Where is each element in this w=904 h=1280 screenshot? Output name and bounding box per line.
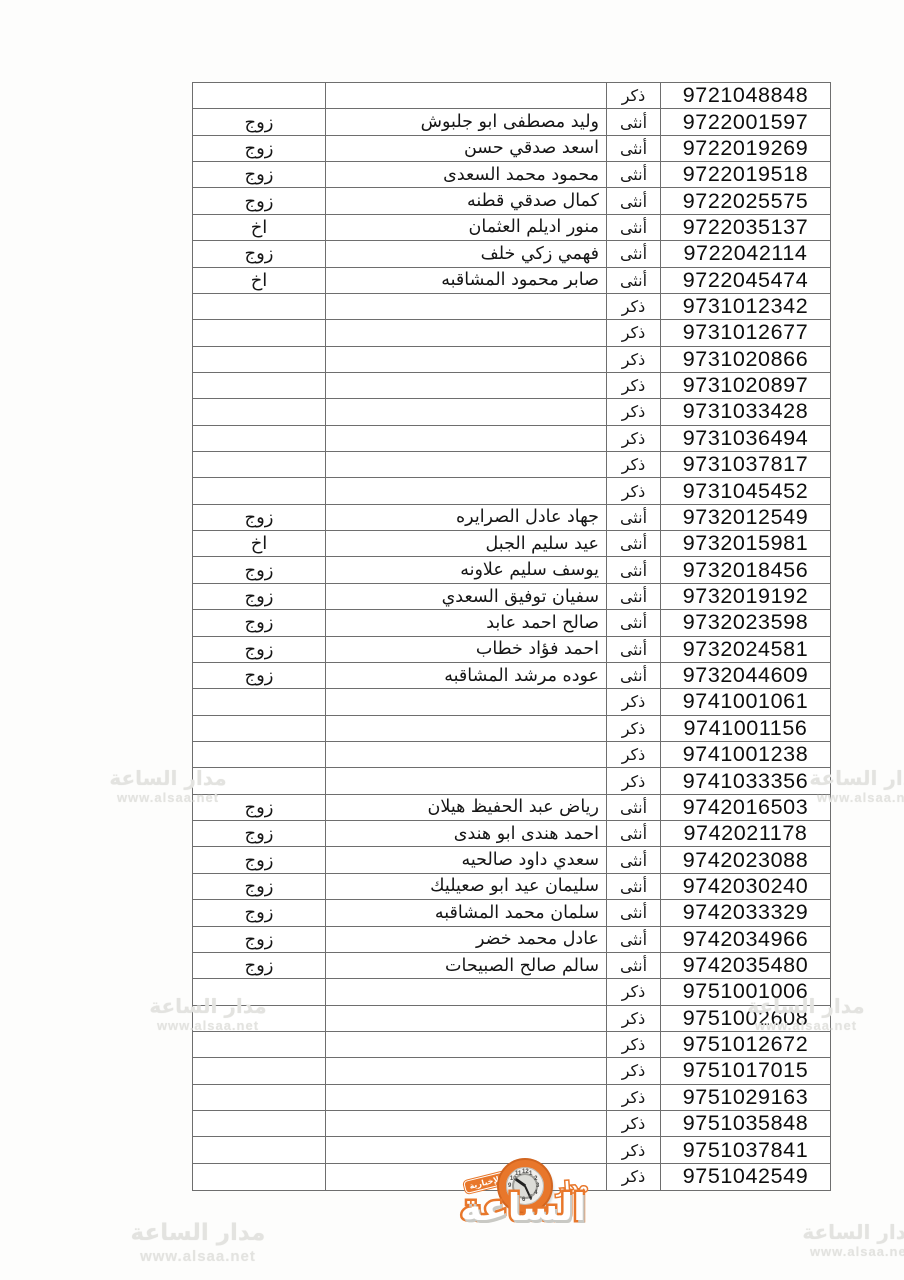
cell-name: عادل محمد خضر: [326, 927, 607, 952]
table-row: ذكر9731020897: [193, 373, 830, 399]
cell-national-id: 9751029163: [661, 1085, 830, 1110]
table-row: ذكر9731020866: [193, 347, 830, 373]
cell-name: [326, 742, 607, 767]
cell-national-id: 9732015981: [661, 531, 830, 556]
cell-relationship: زوج: [193, 162, 326, 187]
cell-relationship: اخ: [193, 268, 326, 293]
cell-national-id: 9751037841: [661, 1137, 830, 1162]
cell-national-id: 9741033356: [661, 768, 830, 793]
cell-national-id: 9742030240: [661, 874, 830, 899]
table-row: زوجسلمان محمد المشاقبهأنثى9742033329: [193, 900, 830, 926]
watermark-url: www.alsaa.net: [108, 1248, 288, 1266]
cell-gender: ذكر: [607, 294, 661, 319]
cell-gender: ذكر: [607, 373, 661, 398]
cell-national-id: 9722035137: [661, 215, 830, 240]
cell-name: [326, 768, 607, 793]
cell-national-id: 9722045474: [661, 268, 830, 293]
cell-gender: أنثى: [607, 109, 661, 134]
cell-relationship: [193, 347, 326, 372]
cell-relationship: زوج: [193, 874, 326, 899]
cell-national-id: 9742035480: [661, 953, 830, 978]
clock-number: 12: [522, 1169, 529, 1175]
cell-national-id: 9741001238: [661, 742, 830, 767]
clock-number: 1: [529, 1171, 532, 1177]
cell-national-id: 9731012677: [661, 320, 830, 345]
clock-number: 10: [510, 1176, 517, 1182]
table-row: ذكر9721048848: [193, 83, 830, 109]
cell-name: [326, 1006, 607, 1031]
cell-name: منور اديلم العثمان: [326, 215, 607, 240]
cell-name: [326, 979, 607, 1004]
table-row: ذكر9731033428: [193, 399, 830, 425]
cell-relationship: [193, 689, 326, 714]
cell-name: جهاد عادل الصرايره: [326, 505, 607, 530]
cell-national-id: 9751012672: [661, 1032, 830, 1057]
cell-gender: ذكر: [607, 452, 661, 477]
cell-national-id: 9731033428: [661, 399, 830, 424]
watermark-title: مدار الساعة: [786, 1220, 904, 1244]
cell-relationship: زوج: [193, 109, 326, 134]
cell-name: صالح احمد عابد: [326, 610, 607, 635]
table-row: ذكر9751035848: [193, 1111, 830, 1137]
cell-national-id: 9742016503: [661, 795, 830, 820]
cell-gender: أنثى: [607, 821, 661, 846]
table-row: زوجمحمود محمد السعدىأنثى9722019518: [193, 162, 830, 188]
cell-gender: أنثى: [607, 557, 661, 582]
cell-national-id: 9732024581: [661, 637, 830, 662]
cell-national-id: 9742034966: [661, 927, 830, 952]
cell-gender: ذكر: [607, 347, 661, 372]
table-row: اخمنور اديلم العثمانأنثى9722035137: [193, 215, 830, 241]
cell-gender: ذكر: [607, 689, 661, 714]
table-row: زوجعوده مرشد المشاقبهأنثى9732044609: [193, 663, 830, 689]
cell-relationship: [193, 979, 326, 1004]
cell-gender: أنثى: [607, 241, 661, 266]
cell-relationship: [193, 452, 326, 477]
cell-relationship: زوج: [193, 821, 326, 846]
cell-gender: أنثى: [607, 610, 661, 635]
cell-relationship: [193, 1032, 326, 1057]
cell-relationship: زوج: [193, 795, 326, 820]
cell-national-id: 9732044609: [661, 663, 830, 688]
cell-relationship: اخ: [193, 531, 326, 556]
cell-gender: أنثى: [607, 136, 661, 161]
table-row: ذكر9731037817: [193, 452, 830, 478]
cell-national-id: 9731037817: [661, 452, 830, 477]
cell-gender: ذكر: [607, 742, 661, 767]
cell-national-id: 9731020897: [661, 373, 830, 398]
cell-name: [326, 347, 607, 372]
cell-gender: أنثى: [607, 637, 661, 662]
cell-national-id: 9751042549: [661, 1164, 830, 1190]
table-row: ذكر9731045452: [193, 478, 830, 504]
cell-relationship: زوج: [193, 637, 326, 662]
cell-national-id: 9732018456: [661, 557, 830, 582]
cell-national-id: 9731036494: [661, 426, 830, 451]
cell-gender: ذكر: [607, 320, 661, 345]
cell-national-id: 9741001156: [661, 716, 830, 741]
cell-relationship: زوج: [193, 610, 326, 635]
table-row: ذكر9751029163: [193, 1085, 830, 1111]
cell-gender: ذكر: [607, 768, 661, 793]
cell-name: كمال صدقي قطنه: [326, 188, 607, 213]
cell-gender: أنثى: [607, 215, 661, 240]
table-row: زوجرياض عبد الحفيظ هيلانأنثى9742016503: [193, 795, 830, 821]
table-row: زوجاسعد صدقي حسنأنثى9722019269: [193, 136, 830, 162]
table-row: ذكر9751001006: [193, 979, 830, 1005]
madar-alsaa-logo: الإخبارية 121234567891011 مدار الساعة: [440, 1152, 620, 1237]
cell-national-id: 9722019269: [661, 136, 830, 161]
cell-name: سفيان توفيق السعدي: [326, 584, 607, 609]
cell-relationship: زوج: [193, 663, 326, 688]
cell-gender: أنثى: [607, 268, 661, 293]
cell-relationship: زوج: [193, 557, 326, 582]
cell-relationship: اخ: [193, 215, 326, 240]
cell-gender: أنثى: [607, 531, 661, 556]
clock-number: 11: [515, 1171, 521, 1177]
cell-gender: ذكر: [607, 1085, 661, 1110]
table-row: زوجوليد مصطفى ابو جلبوشأنثى9722001597: [193, 109, 830, 135]
cell-name: [326, 320, 607, 345]
cell-name: [326, 1111, 607, 1136]
cell-national-id: 9741001061: [661, 689, 830, 714]
cell-gender: أنثى: [607, 927, 661, 952]
cell-relationship: [193, 1006, 326, 1031]
cell-name: يوسف سليم علاونه: [326, 557, 607, 582]
table-row: ذكر9741001156: [193, 716, 830, 742]
cell-gender: ذكر: [607, 1111, 661, 1136]
cell-gender: أنثى: [607, 953, 661, 978]
cell-relationship: زوج: [193, 584, 326, 609]
table-row: ذكر9751002608: [193, 1006, 830, 1032]
cell-gender: ذكر: [607, 1058, 661, 1083]
site-watermark: مدار الساعة www.alsaa.net: [108, 1220, 288, 1266]
cell-name: [326, 716, 607, 741]
cell-name: صابر محمود المشاقبه: [326, 268, 607, 293]
cell-name: محمود محمد السعدى: [326, 162, 607, 187]
cell-national-id: 9722042114: [661, 241, 830, 266]
scanned-document-page: مدار الساعة www.alsaa.net مدار الساعة ww…: [0, 0, 904, 1280]
table-row: ذكر9731012677: [193, 320, 830, 346]
cell-name: فهمي زكي خلف: [326, 241, 607, 266]
cell-name: وليد مصطفى ابو جلبوش: [326, 109, 607, 134]
cell-gender: أنثى: [607, 162, 661, 187]
table-row: زوجفهمي زكي خلفأنثى9722042114: [193, 241, 830, 267]
cell-name: سالم صالح الصبيحات: [326, 953, 607, 978]
table-row: زوجيوسف سليم علاونهأنثى9732018456: [193, 557, 830, 583]
table-row: ذكر9751017015: [193, 1058, 830, 1084]
table-row: زوجاحمد هندى ابو هندىأنثى9742021178: [193, 821, 830, 847]
cell-gender: ذكر: [607, 979, 661, 1004]
cell-name: [326, 426, 607, 451]
cell-relationship: [193, 399, 326, 424]
cell-gender: ذكر: [607, 1006, 661, 1031]
cell-relationship: [193, 426, 326, 451]
cell-national-id: 9731045452: [661, 478, 830, 503]
cell-gender: أنثى: [607, 795, 661, 820]
cell-relationship: زوج: [193, 188, 326, 213]
cell-gender: أنثى: [607, 505, 661, 530]
table-row: زوجسفيان توفيق السعديأنثى9732019192: [193, 584, 830, 610]
table-row: زوجاحمد فؤاد خطابأنثى9732024581: [193, 637, 830, 663]
cell-name: احمد فؤاد خطاب: [326, 637, 607, 662]
cell-name: [326, 373, 607, 398]
cell-name: [326, 478, 607, 503]
cell-gender: أنثى: [607, 188, 661, 213]
table-row: زوجعادل محمد خضرأنثى9742034966: [193, 927, 830, 953]
table-row: اخصابر محمود المشاقبهأنثى9722045474: [193, 268, 830, 294]
cell-national-id: 9722025575: [661, 188, 830, 213]
cell-relationship: زوج: [193, 136, 326, 161]
cell-relationship: زوج: [193, 505, 326, 530]
table-row: ذكر9741001061: [193, 689, 830, 715]
table-row: زوججهاد عادل الصرايرهأنثى9732012549: [193, 505, 830, 531]
cell-national-id: 9731020866: [661, 347, 830, 372]
table-row: زوجكمال صدقي قطنهأنثى9722025575: [193, 188, 830, 214]
cell-name: سلمان محمد المشاقبه: [326, 900, 607, 925]
cell-name: عيد سليم الجبل: [326, 531, 607, 556]
cell-gender: أنثى: [607, 900, 661, 925]
cell-relationship: [193, 1164, 326, 1190]
cell-name: [326, 1032, 607, 1057]
cell-relationship: [193, 373, 326, 398]
cell-national-id: 9732019192: [661, 584, 830, 609]
cell-name: [326, 83, 607, 108]
cell-name: [326, 294, 607, 319]
cell-relationship: [193, 1137, 326, 1162]
logo-brand-main: الساعة: [460, 1186, 586, 1229]
cell-relationship: [193, 1058, 326, 1083]
table-row: ذكر9731036494: [193, 426, 830, 452]
watermark-title: مدار الساعة: [108, 1220, 288, 1248]
cell-relationship: [193, 742, 326, 767]
cell-gender: ذكر: [607, 716, 661, 741]
cell-gender: ذكر: [607, 1032, 661, 1057]
cell-name: [326, 689, 607, 714]
cell-name: رياض عبد الحفيظ هيلان: [326, 795, 607, 820]
cell-national-id: 9751001006: [661, 979, 830, 1004]
table-row: زوجسليمان عيد ابو صعيليكأنثى9742030240: [193, 874, 830, 900]
cell-national-id: 9751002608: [661, 1006, 830, 1031]
clock-number: 2: [534, 1176, 537, 1182]
cell-relationship: زوج: [193, 241, 326, 266]
cell-name: عوده مرشد المشاقبه: [326, 663, 607, 688]
cell-national-id: 9742023088: [661, 847, 830, 872]
cell-name: سعدي داود صالحيه: [326, 847, 607, 872]
cell-relationship: [193, 294, 326, 319]
cell-relationship: [193, 768, 326, 793]
cell-national-id: 9732023598: [661, 610, 830, 635]
cell-gender: أنثى: [607, 584, 661, 609]
cell-relationship: [193, 1111, 326, 1136]
table-row: ذكر9751012672: [193, 1032, 830, 1058]
cell-national-id: 9731012342: [661, 294, 830, 319]
cell-gender: ذكر: [607, 478, 661, 503]
watermark-url: www.alsaa.net: [786, 1244, 904, 1260]
table-row: اخعيد سليم الجبلأنثى9732015981: [193, 531, 830, 557]
cell-gender: أنثى: [607, 663, 661, 688]
cell-name: سليمان عيد ابو صعيليك: [326, 874, 607, 899]
cell-national-id: 9722019518: [661, 162, 830, 187]
cell-national-id: 9751035848: [661, 1111, 830, 1136]
table-row: ذكر9731012342: [193, 294, 830, 320]
cell-relationship: زوج: [193, 927, 326, 952]
table-row: ذكر9741001238: [193, 742, 830, 768]
cell-relationship: زوج: [193, 900, 326, 925]
table-row: زوجسعدي داود صالحيهأنثى9742023088: [193, 847, 830, 873]
cell-gender: أنثى: [607, 874, 661, 899]
cell-national-id: 9742033329: [661, 900, 830, 925]
cell-name: احمد هندى ابو هندى: [326, 821, 607, 846]
cell-relationship: [193, 716, 326, 741]
cell-gender: ذكر: [607, 399, 661, 424]
cell-name: اسعد صدقي حسن: [326, 136, 607, 161]
cell-national-id: 9722001597: [661, 109, 830, 134]
cell-national-id: 9742021178: [661, 821, 830, 846]
table-row: زوجصالح احمد عابدأنثى9732023598: [193, 610, 830, 636]
cell-national-id: 9721048848: [661, 83, 830, 108]
table-row: ذكر9741033356: [193, 768, 830, 794]
cell-national-id: 9751017015: [661, 1058, 830, 1083]
cell-relationship: زوج: [193, 847, 326, 872]
cell-relationship: [193, 320, 326, 345]
site-watermark: مدار الساعة www.alsaa.net: [786, 1220, 904, 1260]
cell-relationship: [193, 83, 326, 108]
cell-name: [326, 399, 607, 424]
cell-name: [326, 1058, 607, 1083]
cell-gender: أنثى: [607, 847, 661, 872]
cell-name: [326, 1085, 607, 1110]
table-row: زوجسالم صالح الصبيحاتأنثى9742035480: [193, 953, 830, 979]
cell-name: [326, 452, 607, 477]
cell-relationship: [193, 478, 326, 503]
cell-gender: ذكر: [607, 426, 661, 451]
cell-gender: ذكر: [607, 83, 661, 108]
cell-relationship: [193, 1085, 326, 1110]
cell-national-id: 9732012549: [661, 505, 830, 530]
records-table: ذكر9721048848زوجوليد مصطفى ابو جلبوشأنثى…: [192, 82, 831, 1191]
cell-relationship: زوج: [193, 953, 326, 978]
